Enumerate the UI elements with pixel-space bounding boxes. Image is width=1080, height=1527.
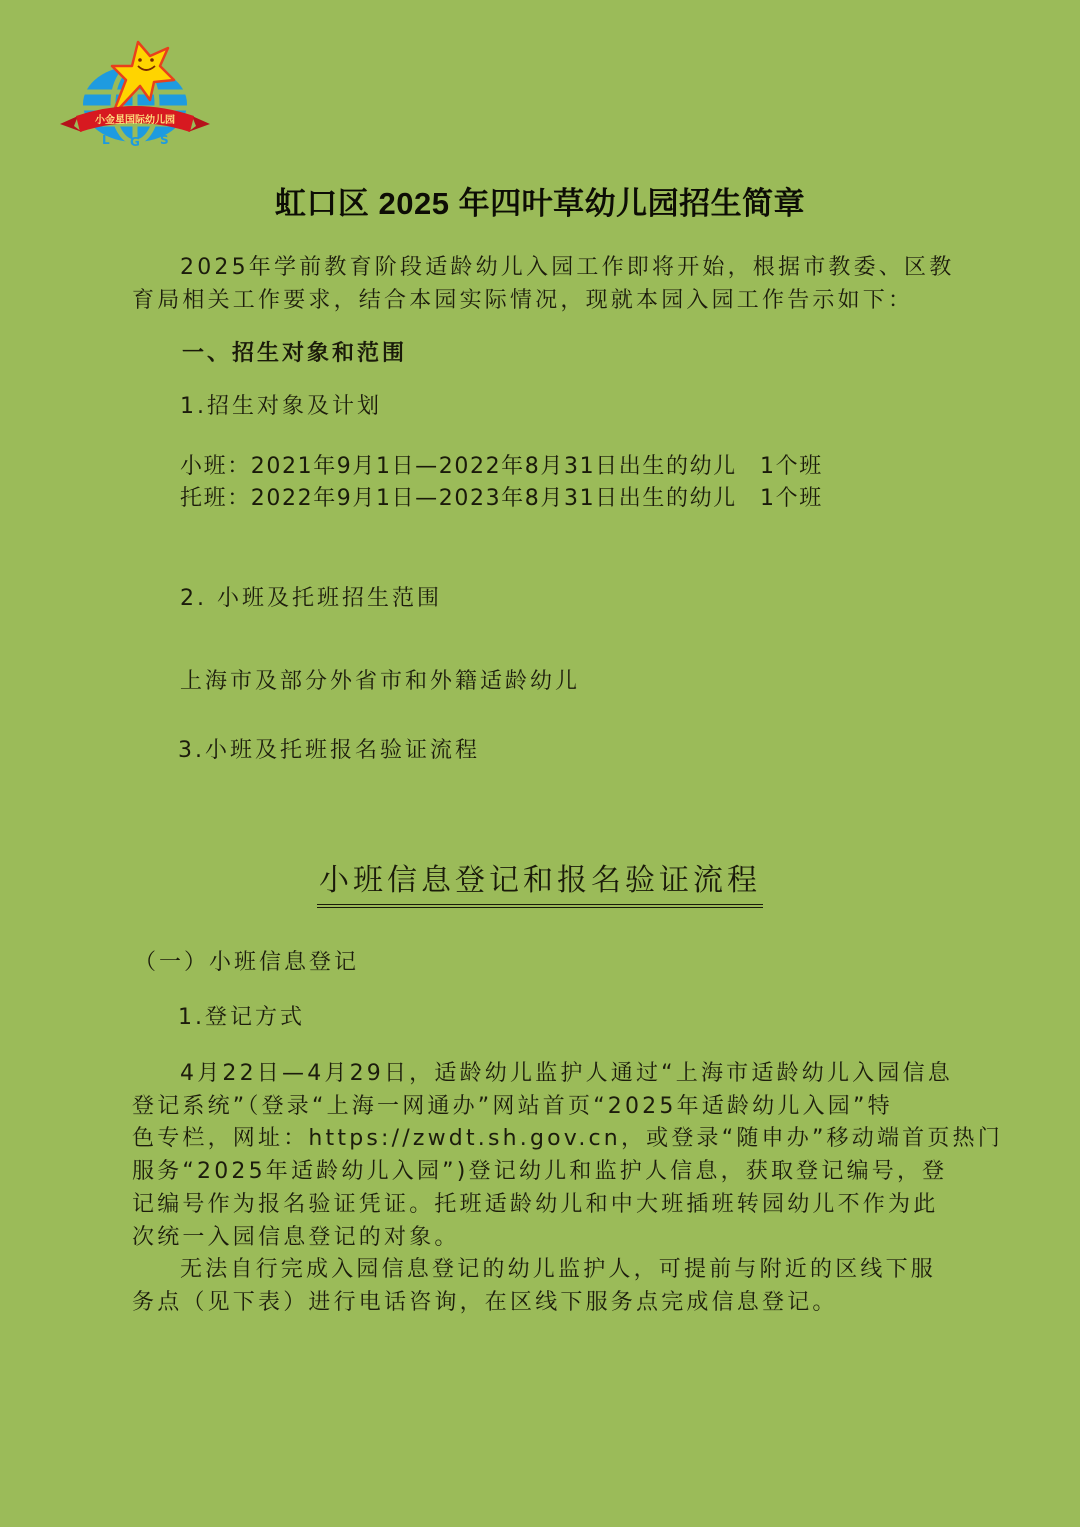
enrollment-row-count: 1个班 [760, 481, 823, 512]
sub-heading-registration-method: 1.登记方式 [178, 1001, 305, 1034]
registration-line-3: 色专栏，网址：https://zwdt.sh.gov.cn，或登录“随申办”移动… [132, 1123, 944, 1156]
enrollment-row-count: 1个班 [760, 449, 823, 480]
registration-line-2: 登记系统”（登录“上海一网通办”网站首页“2025年适龄幼儿入园”特 [132, 1091, 944, 1124]
intro-paragraph: 2025年学前教育阶段适龄幼儿入园工作即将开始，根据市教委、区教 育局相关工作要… [132, 252, 944, 317]
part-heading-registration: （一）小班信息登记 [134, 946, 359, 979]
intro-line-1: 2025年学前教育阶段适龄幼儿入园工作即将开始，根据市教委、区教 [132, 252, 944, 285]
subtitle-text: 小班信息登记和报名验证流程 [317, 862, 763, 908]
enrollment-row-small-class: 小班：2021年9月1日—2022年8月31日出生的幼儿 1个班 [180, 449, 737, 480]
item-heading-enrollment-plan: 1.招生对象及计划 [180, 390, 382, 423]
registration-line-4: 服务“2025年适龄幼儿入园”)登记幼儿和监护人信息，获取登记编号，登 [132, 1156, 944, 1189]
enrollment-row-label: 小班：2021年9月1日—2022年8月31日出生的幼儿 [180, 454, 737, 479]
registration-line-6: 次统一入园信息登记的对象。 [132, 1222, 944, 1255]
enrollment-row-label: 托班：2022年9月1日—2023年8月31日出生的幼儿 [180, 486, 737, 511]
kindergarten-logo: 小金星国际幼儿园 L G S [56, 36, 214, 148]
section-subtitle: 小班信息登记和报名验证流程 [0, 862, 1080, 908]
enrollment-row-nursery-class: 托班：2022年9月1日—2023年8月31日出生的幼儿 1个班 [180, 481, 737, 512]
svg-text:S: S [160, 133, 169, 147]
registration-line-5: 记编号作为报名验证凭证。托班适龄幼儿和中大班插班转园幼儿不作为此 [132, 1189, 944, 1222]
item-heading-verification-process: 3.小班及托班报名验证流程 [178, 734, 480, 767]
item-heading-enrollment-range: 2. 小班及托班招生范围 [180, 582, 442, 615]
offline-line-1: 无法自行完成入园信息登记的幼儿监护人，可提前与附近的区线下服 [132, 1254, 944, 1287]
registration-line-1: 4月22日—4月29日，适龄幼儿监护人通过“上海市适龄幼儿入园信息 [132, 1058, 944, 1091]
registration-paragraph: 4月22日—4月29日，适龄幼儿监护人通过“上海市适龄幼儿入园信息 登记系统”（… [132, 1058, 944, 1320]
section-heading-enrollment-scope: 一、招生对象和范围 [182, 336, 407, 367]
svg-text:小金星国际幼儿园: 小金星国际幼儿园 [95, 113, 175, 126]
enrollment-range-text: 上海市及部分外省市和外籍适龄幼儿 [180, 665, 580, 698]
globe-star-logo-icon: 小金星国际幼儿园 L G S [56, 36, 214, 148]
intro-line-2: 育局相关工作要求，结合本园实际情况，现就本园入园工作告示如下： [132, 285, 944, 318]
svg-text:L: L [102, 133, 110, 147]
offline-line-2: 务点（见下表）进行电话咨询，在区线下服务点完成信息登记。 [132, 1287, 944, 1320]
svg-text:G: G [130, 135, 140, 148]
document-title: 虹口区 2025 年四叶草幼儿园招生简章 [0, 178, 1080, 223]
